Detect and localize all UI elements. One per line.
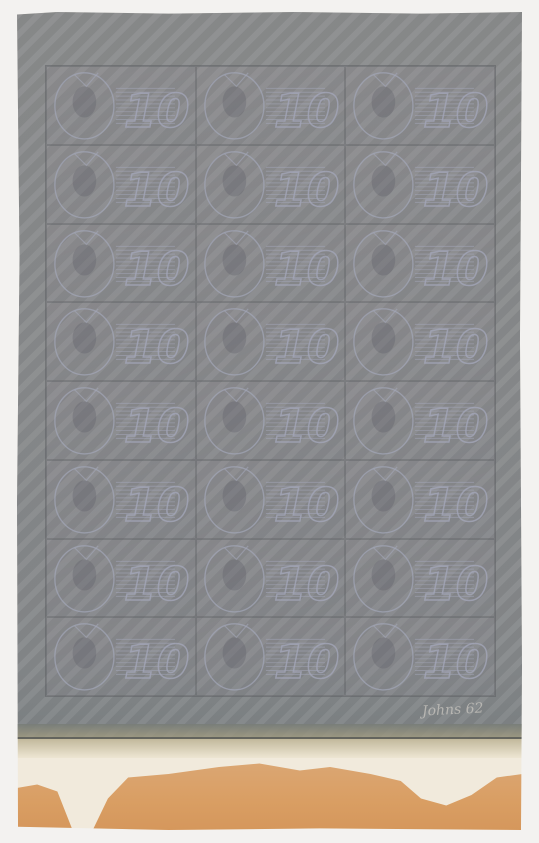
ten-cents-motif-icon: 10 <box>47 303 195 380</box>
svg-text:10: 10 <box>423 163 489 218</box>
ten-cents-motif-icon: 10 <box>47 146 195 223</box>
svg-text:10: 10 <box>273 400 339 455</box>
svg-text:10: 10 <box>124 400 190 455</box>
stamp-cell: 10 <box>345 617 495 696</box>
stamp-cell: 10 <box>46 381 196 460</box>
ten-cents-motif-icon: 10 <box>197 382 345 459</box>
stamp-cell: 10 <box>345 381 495 460</box>
svg-text:10: 10 <box>273 636 339 691</box>
svg-text:10: 10 <box>273 321 339 376</box>
stamp-cell: 10 <box>196 617 346 696</box>
stamp-cell: 10 <box>196 302 346 381</box>
wash-bottom-line <box>17 737 522 739</box>
ten-cents-motif-icon: 10 <box>346 67 494 144</box>
stamp-cell: 10 <box>196 539 346 618</box>
ten-cents-motif-icon: 10 <box>346 382 494 459</box>
ten-cents-motif-icon: 10 <box>47 225 195 302</box>
svg-text:10: 10 <box>423 636 489 691</box>
svg-text:10: 10 <box>273 242 339 297</box>
stamp-cell: 10 <box>46 66 196 145</box>
svg-text:10: 10 <box>423 321 489 376</box>
stamp-cell: 10 <box>46 302 196 381</box>
stamp-cell: 10 <box>345 66 495 145</box>
stamp-cell: 10 <box>46 460 196 539</box>
stamp-cell: 10 <box>345 224 495 303</box>
ten-cents-motif-icon: 10 <box>197 461 345 538</box>
svg-text:10: 10 <box>124 478 190 533</box>
ten-cents-motif-icon: 10 <box>47 618 195 695</box>
ten-cents-motif-icon: 10 <box>47 540 195 617</box>
ten-cents-motif-icon: 10 <box>346 303 494 380</box>
artwork-paper: 10 10 10 10 10 10 10 <box>17 12 522 830</box>
stamp-cell: 10 <box>196 381 346 460</box>
svg-text:10: 10 <box>423 478 489 533</box>
svg-text:10: 10 <box>423 557 489 612</box>
svg-text:10: 10 <box>124 85 190 140</box>
stamp-cell: 10 <box>46 539 196 618</box>
ten-cents-motif-icon: 10 <box>197 303 345 380</box>
ten-cents-motif-icon: 10 <box>346 461 494 538</box>
stamp-cell: 10 <box>345 145 495 224</box>
stamp-cell: 10 <box>46 145 196 224</box>
ten-cents-motif-icon: 10 <box>197 67 345 144</box>
svg-text:10: 10 <box>273 85 339 140</box>
wash-edge <box>17 724 522 758</box>
stamp-cell: 10 <box>196 66 346 145</box>
svg-text:10: 10 <box>423 242 489 297</box>
ten-cents-motif-icon: 10 <box>47 67 195 144</box>
ten-cents-motif-icon: 10 <box>346 618 494 695</box>
svg-text:10: 10 <box>124 636 190 691</box>
stamp-cell: 10 <box>196 460 346 539</box>
ten-cents-motif-icon: 10 <box>197 225 345 302</box>
stamp-cell: 10 <box>46 617 196 696</box>
svg-text:10: 10 <box>124 163 190 218</box>
artist-signature: Johns 62 <box>422 700 484 719</box>
ten-cents-motif-icon: 10 <box>197 618 345 695</box>
svg-text:10: 10 <box>273 557 339 612</box>
stamp-cell: 10 <box>196 224 346 303</box>
water-stain <box>17 760 522 830</box>
stamp-cell: 10 <box>345 460 495 539</box>
stamp-cell: 10 <box>345 539 495 618</box>
svg-text:10: 10 <box>124 557 190 612</box>
ten-cents-motif-icon: 10 <box>346 540 494 617</box>
ten-cents-motif-icon: 10 <box>346 146 494 223</box>
svg-text:10: 10 <box>273 163 339 218</box>
ten-cents-motif-icon: 10 <box>346 225 494 302</box>
stamp-cell: 10 <box>196 145 346 224</box>
ten-cents-motif-icon: 10 <box>47 382 195 459</box>
svg-text:10: 10 <box>273 478 339 533</box>
ten-cents-motif-icon: 10 <box>197 540 345 617</box>
stamp-grid: 10 10 10 10 10 10 10 <box>45 65 496 697</box>
svg-text:10: 10 <box>423 85 489 140</box>
ten-cents-motif-icon: 10 <box>197 146 345 223</box>
stamp-cell: 10 <box>46 224 196 303</box>
stamp-cell: 10 <box>345 302 495 381</box>
svg-text:10: 10 <box>423 400 489 455</box>
ten-cents-motif-icon: 10 <box>47 461 195 538</box>
svg-text:10: 10 <box>124 321 190 376</box>
svg-text:10: 10 <box>124 242 190 297</box>
